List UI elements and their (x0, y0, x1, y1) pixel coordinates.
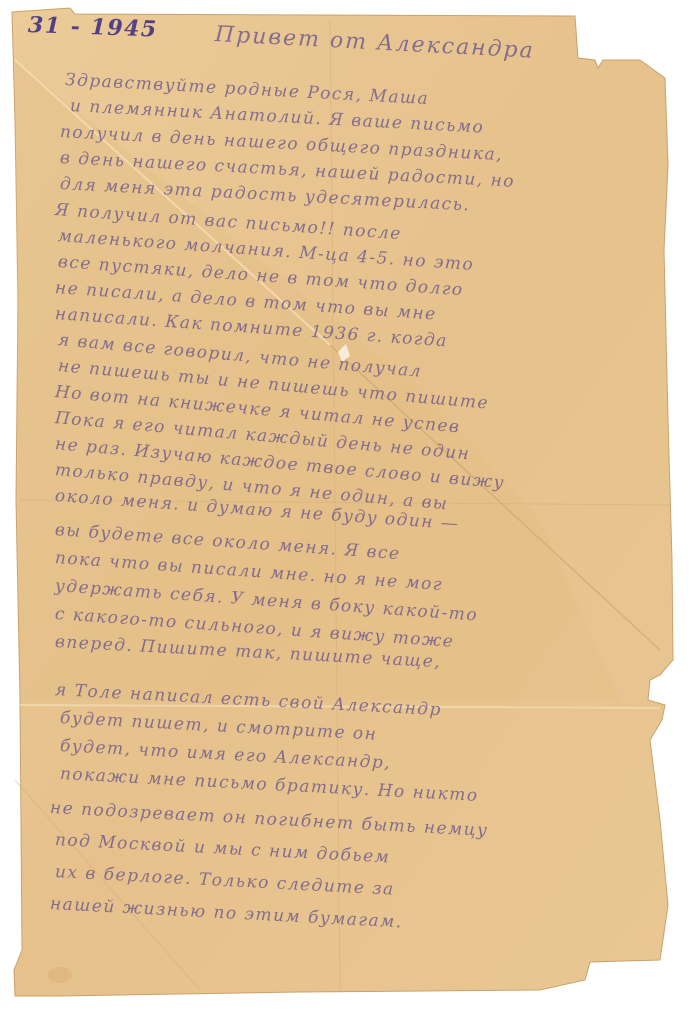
letter-line: нашей жизнью по этим бумагам. (49, 894, 403, 932)
letter-title: Привет от Александра (214, 22, 535, 64)
letter-content: 31 - 1945 Привет от Александра Здравству… (0, 0, 697, 1024)
letter-line: под Москвой и мы с ним добьем (54, 830, 390, 868)
letter-line: покажи мне письмо братику. Но никто (59, 764, 479, 806)
letter-date: 31 - 1945 (28, 12, 159, 43)
letter-line: их в берлоге. Только следите за (54, 862, 395, 900)
